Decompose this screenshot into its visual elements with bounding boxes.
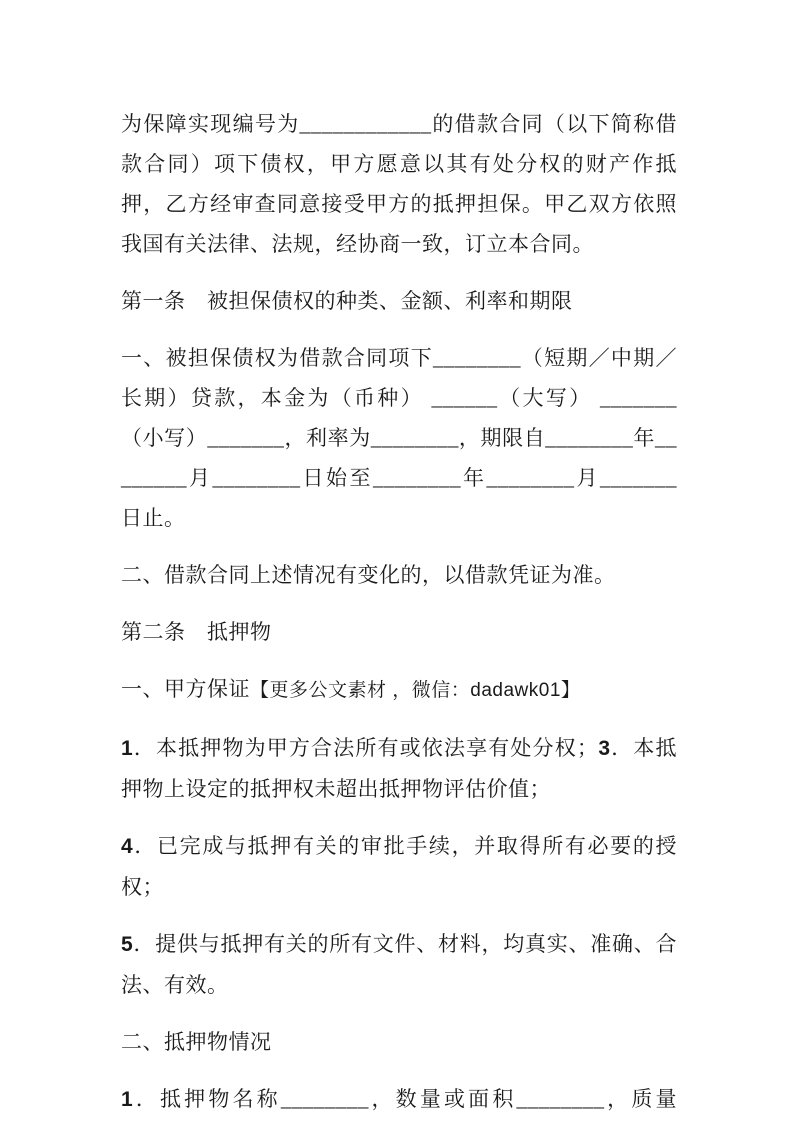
- document-page: 为保障实现编号为____________的借款合同（以下简称借款合同）项下债权，…: [0, 0, 793, 1122]
- item-number: 4: [121, 835, 133, 858]
- item-guarantee-1-3: 1．本抵押物为甲方合法所有或依法享有处分权；3．本抵押物上设定的抵押权未超出抵押…: [121, 728, 677, 809]
- item-text: ．提供与抵押有关的所有文件、材料，均真实、准确、合法、有效。: [121, 932, 677, 997]
- item-text: ．已完成与抵押有关的审批手续，并取得所有必要的授权；: [121, 834, 677, 899]
- clause-1-1: 一、被担保债权为借款合同项下________（短期／中期／长期）贷款，本金为（币…: [121, 338, 677, 538]
- item-number: 1: [121, 1088, 133, 1111]
- clause-2-1: 一、甲方保证【更多公文素材 ，微信：dadawk01】: [121, 669, 677, 711]
- heading-article-2: 第二条 抵押物: [121, 612, 677, 652]
- watermark-note: 【更多公文素材 ，微信：dadawk01】: [250, 680, 580, 701]
- clause-2-2: 二、抵押物情况: [121, 1022, 677, 1062]
- item-text: ．抵押物名称________，数量或面积________，质量: [133, 1087, 677, 1111]
- item-number: 1: [121, 737, 133, 760]
- item-text: ．本抵押物为甲方合法所有或依法享有处分权；: [133, 736, 598, 760]
- heading-article-1: 第一条 被担保债权的种类、金额、利率和期限: [121, 281, 677, 321]
- item-number: 3: [598, 737, 610, 760]
- item-guarantee-5: 5．提供与抵押有关的所有文件、材料，均真实、准确、合法、有效。: [121, 924, 677, 1005]
- item-guarantee-4: 4．已完成与抵押有关的审批手续，并取得所有必要的授权；: [121, 826, 677, 907]
- item-mortgage-detail: 1．抵押物名称________，数量或面积________，质量: [121, 1079, 677, 1120]
- paragraph-intro: 为保障实现编号为____________的借款合同（以下简称借款合同）项下债权，…: [121, 104, 677, 264]
- clause-1-2: 二、借款合同上述情况有变化的，以借款凭证为准。: [121, 555, 677, 595]
- clause-2-1-text: 一、甲方保证: [121, 677, 250, 701]
- item-number: 5: [121, 933, 133, 956]
